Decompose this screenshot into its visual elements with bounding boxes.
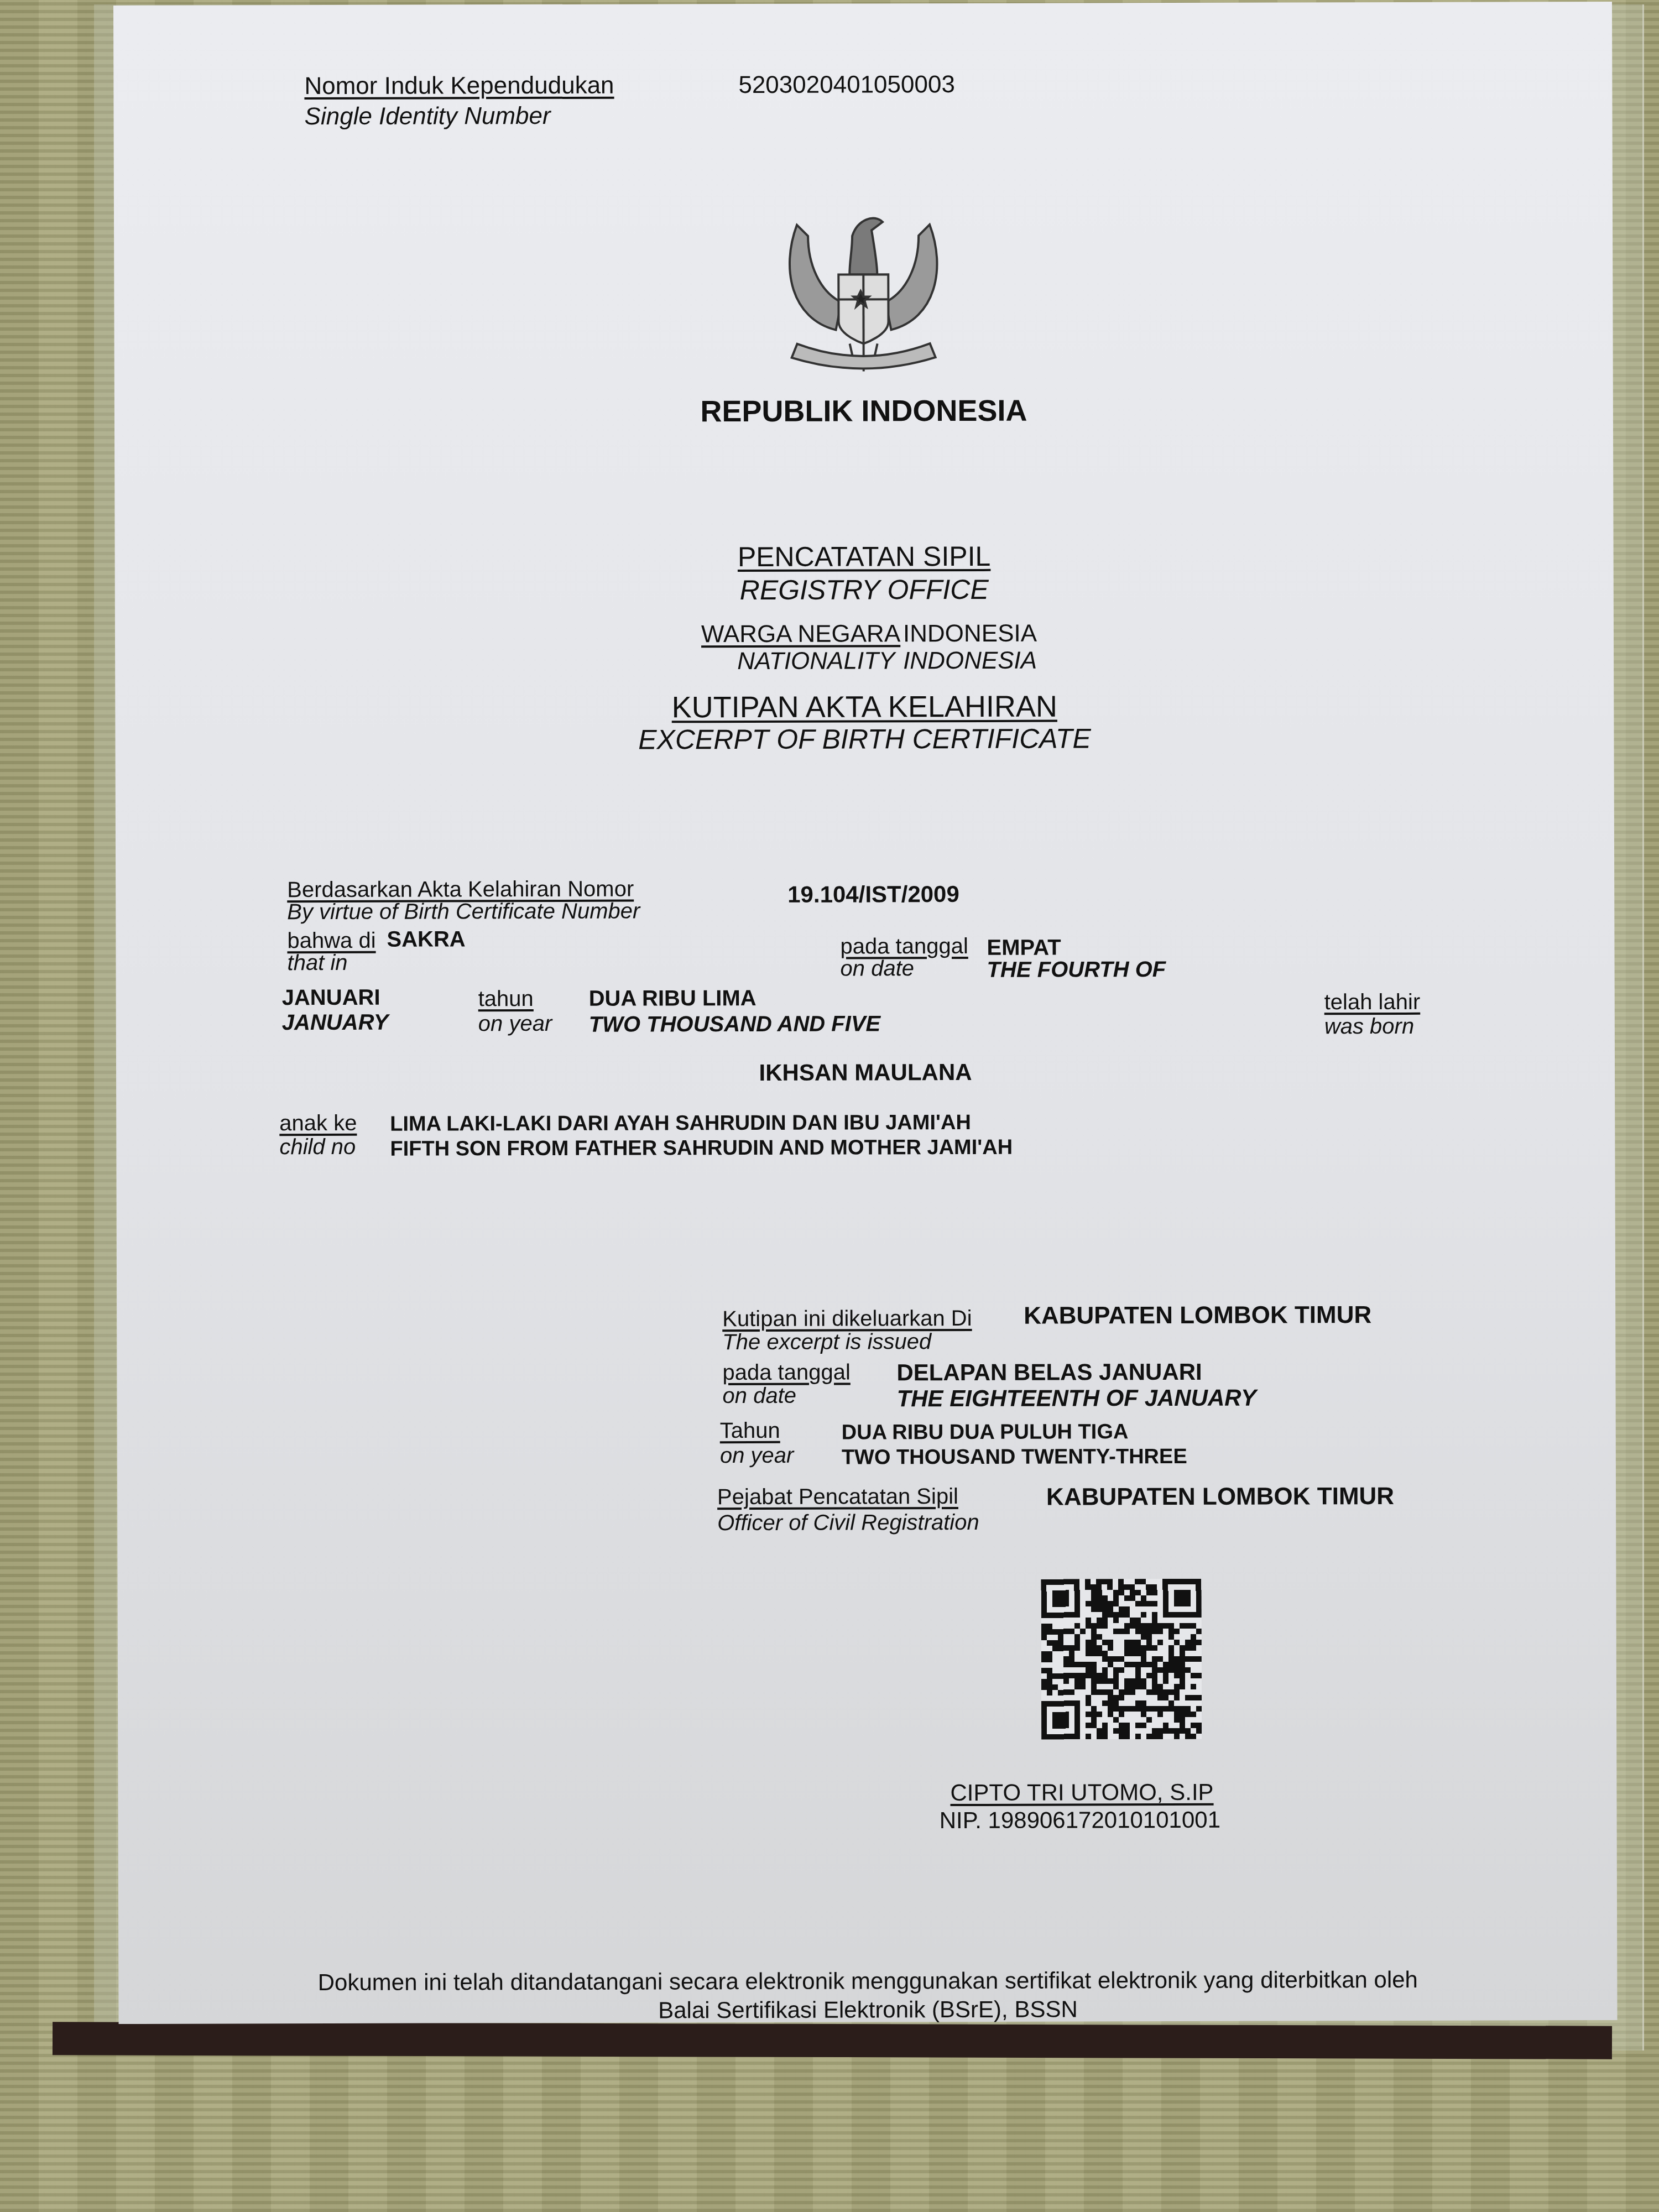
- qr-code-icon[interactable]: [1041, 1579, 1202, 1740]
- officer-label-en: Officer of Civil Registration: [717, 1511, 979, 1534]
- child-order-label: anak ke: [279, 1112, 357, 1134]
- child-order-value: LIMA LAKI-LAKI DARI AYAH SAHRUDIN DAN IB…: [390, 1112, 971, 1135]
- birth-certificate-page: Nomor Induk Kependudukan Single Identity…: [113, 2, 1618, 2024]
- signatory-name: CIPTO TRI UTOMO, S.IP: [950, 1781, 1213, 1804]
- officer-label: Pejabat Pencatatan Sipil: [717, 1485, 958, 1508]
- birth-month: JANUARI: [282, 987, 380, 1009]
- child-name: IKHSAN MAULANA: [116, 1059, 1615, 1086]
- birth-year-value-en: TWO THOUSAND AND FIVE: [589, 1013, 880, 1035]
- child-order-label-en: child no: [279, 1136, 356, 1158]
- issued-place-label: Kutipan ini dikeluarkan Di: [722, 1307, 972, 1330]
- document-title-en: EXCERPT OF BIRTH CERTIFICATE: [115, 723, 1614, 755]
- birth-year-label-en: on year: [478, 1013, 552, 1035]
- footer-line-2: Balai Sertifikasi Elektronik (BSrE), BSS…: [118, 1996, 1617, 2023]
- office-title-en: REGISTRY OFFICE: [115, 574, 1614, 606]
- issued-date-label: pada tanggal: [722, 1361, 850, 1384]
- born-label: telah lahir: [1324, 991, 1421, 1013]
- cert-number-label-en: By virtue of Birth Certificate Number: [287, 900, 640, 924]
- office-title: PENCATATAN SIPIL: [115, 541, 1614, 572]
- issued-year-value-en: TWO THOUSAND TWENTY-THREE: [842, 1446, 1187, 1468]
- nik-label-en: Single Identity Number: [304, 104, 550, 129]
- place-label-en: that in: [287, 952, 347, 974]
- place-value: SAKRA: [387, 928, 465, 950]
- officer-region: KABUPATEN LOMBOK TIMUR: [1046, 1484, 1394, 1510]
- footer-line-1: Dokumen ini telah ditandatangani secara …: [118, 1968, 1617, 1995]
- nationality-value-en: INDONESIA: [903, 649, 1037, 674]
- nationality-label: WARGA NEGARA: [701, 622, 900, 646]
- signatory-nip: NIP. 198906172010101001: [940, 1808, 1220, 1832]
- cert-number-label: Berdasarkan Akta Kelahiran Nomor: [287, 878, 634, 901]
- garuda-pancasila-emblem-icon: [775, 202, 952, 380]
- born-label-en: was born: [1324, 1015, 1414, 1037]
- issued-date-value-en: THE EIGHTEENTH OF JANUARY: [897, 1386, 1256, 1411]
- nationality-value: INDONESIA: [903, 622, 1037, 646]
- issued-year-label: Tahun: [720, 1420, 780, 1442]
- issued-year-value: DUA RIBU DUA PULUH TIGA: [842, 1421, 1129, 1443]
- paper-stack-edge: [53, 2022, 1612, 2059]
- birth-month-en: JANUARY: [282, 1011, 389, 1034]
- birth-year-value: DUA RIBU LIMA: [589, 987, 757, 1010]
- document-title: KUTIPAN AKTA KELAHIRAN: [115, 690, 1614, 724]
- cert-number-value: 19.104/IST/2009: [787, 883, 959, 906]
- issued-place-label-en: The excerpt is issued: [722, 1331, 931, 1353]
- issued-year-label-en: on year: [720, 1444, 794, 1467]
- issued-date-label-en: on date: [723, 1385, 797, 1407]
- place-label: bahwa di: [287, 930, 375, 952]
- nationality-label-en: NATIONALITY: [737, 649, 895, 674]
- nik-label: Nomor Induk Kependudukan: [304, 74, 614, 98]
- country-title: REPUBLIK INDONESIA: [114, 394, 1613, 428]
- birth-day-value: EMPAT: [987, 937, 1061, 959]
- birth-day-value-en: THE FOURTH OF: [987, 958, 1166, 981]
- issued-place-value: KABUPATEN LOMBOK TIMUR: [1024, 1303, 1371, 1328]
- birth-year-label: tahun: [478, 988, 534, 1010]
- birth-date-label-en: on date: [841, 957, 915, 979]
- issued-date-value: DELAPAN BELAS JANUARI: [896, 1360, 1202, 1384]
- child-order-value-en: FIFTH SON FROM FATHER SAHRUDIN AND MOTHE…: [390, 1137, 1013, 1160]
- birth-date-label: pada tanggal: [840, 935, 968, 958]
- nik-value: 5203020401050003: [738, 72, 955, 97]
